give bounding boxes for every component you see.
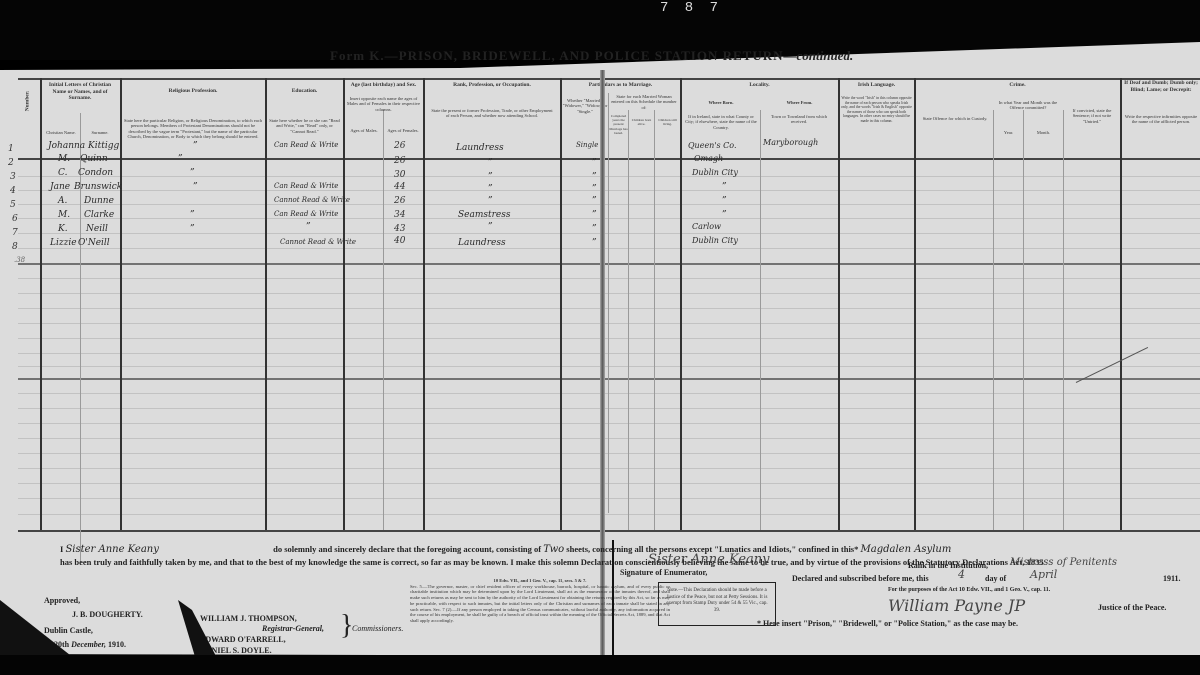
surname: Brunswick	[74, 182, 122, 192]
where-born: Queen's Co.	[688, 141, 737, 150]
surname: Kittigg	[88, 141, 119, 151]
header-locality: Locality.	[682, 82, 837, 89]
surname: O'Neill	[78, 238, 110, 248]
table-top-border	[18, 78, 1200, 80]
religion: ”	[190, 168, 195, 178]
christian-name: C.	[58, 168, 67, 178]
occupation: Laundress	[456, 143, 504, 153]
header-religion: Religious Profession.	[122, 88, 264, 95]
header-marriage: Particulars as to Marriage.	[562, 82, 679, 89]
education: ”	[306, 222, 311, 232]
row-number: 4	[10, 186, 16, 196]
binding-line	[612, 540, 614, 660]
where-born: ”	[722, 182, 727, 192]
marriage-status: ”	[592, 184, 597, 194]
religion: ”	[193, 141, 198, 151]
form-title-suffix: —continued.	[783, 48, 853, 63]
header-where-from: Where From.	[761, 100, 838, 105]
column-border	[760, 110, 761, 530]
where-born: ”	[722, 210, 727, 220]
where-born: ”	[722, 196, 727, 206]
form-title: Form K.—PRISON, BRIDEWELL, AND POLICE ST…	[330, 48, 853, 64]
approved-label: Approved,	[44, 596, 80, 605]
row-number: 2	[8, 158, 14, 168]
enumerator-signature: Sister Anne Keany	[648, 552, 769, 567]
column-border	[628, 110, 629, 530]
table-bottom-border	[18, 530, 1200, 532]
column-border	[40, 78, 42, 530]
rank-value: Mistress of Penitents	[1010, 557, 1117, 568]
where-from: Maryborough	[763, 138, 818, 147]
surname: Quinn	[80, 154, 108, 164]
form-title-main: Form K.—PRISON, BRIDEWELL, AND POLICE ST…	[330, 48, 783, 63]
approver-name: J. B. DOUGHERTY.	[72, 610, 143, 619]
header-when-committed: In what Year and Month was the Offence c…	[994, 100, 1062, 111]
registrar-general-label: Registrar-General,	[262, 624, 324, 633]
education: Can Read & Write	[274, 141, 338, 149]
header-children-living: Children still living.	[655, 118, 680, 126]
marriage-status: ”	[592, 210, 597, 220]
surname: Clarke	[84, 210, 114, 220]
header-age: Age (last birthday) and Sex.	[345, 82, 422, 89]
column-border	[1023, 110, 1024, 530]
statute-excerpt: 10 Edw. VII., and 1 Geo. V., cap. 11, se…	[410, 578, 670, 624]
column-border	[993, 110, 994, 530]
occupation: ”	[488, 222, 493, 232]
header-year: Year.	[994, 130, 1023, 135]
column-border	[120, 78, 122, 530]
header-education-note: State here whether he or she can "Read a…	[269, 118, 340, 134]
day-of-label: day of	[985, 574, 1006, 583]
header-where-from-note: Town or Townland from which received.	[764, 114, 834, 125]
where-born: Carlow	[692, 222, 721, 231]
header-occupation-note: State the present or former Profession, …	[430, 108, 554, 119]
rank-label: Rank in the Institution,	[908, 561, 988, 570]
enumerator-name: Sister Anne Keany	[65, 544, 158, 555]
header-infirmity-note: Write the respective infirmities opposit…	[1124, 114, 1198, 125]
age-female: 43	[394, 224, 405, 234]
column-border	[265, 78, 267, 530]
purposes-note: For the purposes of the Act 10 Edw. VII.…	[888, 587, 1050, 593]
column-border	[383, 110, 384, 530]
header-christian-name: Christian Name.	[42, 130, 80, 135]
occupation: Seamstress	[458, 210, 511, 220]
header-marriage-completed: Completed years the present Marriage has…	[609, 114, 628, 135]
row-number: 7	[12, 228, 18, 238]
surname: Neill	[86, 224, 108, 234]
column-border	[560, 78, 562, 530]
row-number: 5	[10, 200, 16, 210]
signature-label: Signature of Enumerator,	[620, 568, 707, 577]
header-where-born-note: If in Ireland, state in what County or C…	[684, 114, 758, 130]
declared-label: Declared and subscribed before me, this	[792, 574, 929, 583]
column-border	[654, 110, 655, 530]
religion: ”	[190, 210, 195, 220]
row-number: 8	[12, 242, 18, 252]
column-border	[80, 113, 81, 565]
column-border	[914, 78, 916, 530]
marriage-status: ”	[592, 172, 597, 182]
institution-name: Magdalen Asylum	[861, 544, 952, 555]
row-number: 1	[8, 144, 14, 154]
surname: Condon	[78, 168, 113, 178]
approval-place: Dublin Castle,	[44, 626, 93, 635]
education: Cannot Read & Write	[274, 196, 350, 204]
education: Can Read & Write	[274, 182, 338, 190]
commissioners-label: Commissioners.	[352, 624, 403, 633]
age-female: 30	[394, 170, 405, 180]
occupation: Laundress	[458, 238, 506, 248]
surname: Dunne	[84, 196, 114, 206]
occupation: ”	[488, 184, 493, 194]
christian-name: A.	[58, 196, 67, 206]
age-female: 26	[394, 141, 405, 151]
marriage-status: Single	[576, 141, 598, 149]
christian-name: Lizzie	[50, 238, 77, 248]
approval-date: 20th December, 1910.	[54, 640, 126, 649]
header-irish-note: Write the word "Irish" in this column op…	[841, 96, 912, 123]
header-education: Education.	[267, 88, 342, 95]
age-female: 26	[394, 196, 405, 206]
header-crime: Crime.	[916, 82, 1119, 89]
occupation: ”	[488, 196, 493, 206]
header-children-born: Children born alive.	[629, 118, 654, 126]
age-female: 26	[394, 156, 405, 166]
where-born: Dublin City	[692, 168, 738, 177]
header-age-males: Ages of Males.	[345, 128, 383, 133]
where-born: Dublin City	[692, 236, 738, 245]
sheet-count: Two	[543, 544, 564, 555]
header-religion-note: State here the particular Religion, or R…	[124, 118, 262, 140]
header-if-convicted: If convicted, state the Sentence; if not…	[1064, 108, 1120, 124]
education: Can Read & Write	[274, 210, 338, 218]
christian-name: Johanna	[48, 141, 85, 151]
margin-note: .38	[14, 256, 25, 264]
christian-name: M.	[58, 154, 70, 164]
footnote: * Here insert "Prison," "Bridewell," or …	[757, 619, 1018, 628]
header-month: Month.	[1024, 130, 1063, 135]
header-surname: Surname.	[81, 130, 119, 135]
religion: ”	[178, 154, 183, 164]
marriage-status: ”	[592, 158, 597, 168]
commissioner-thompson: WILLIAM J. THOMPSON,	[200, 614, 297, 623]
column-border	[343, 78, 345, 530]
column-border	[838, 78, 840, 530]
header-number: Number.	[25, 91, 32, 111]
header-marriage-note: State for each Married Woman entered on …	[610, 94, 678, 110]
header-age-note: Insert opposite each name the ages of Ma…	[347, 96, 420, 112]
religion: ”	[193, 182, 198, 192]
occupation: ”	[488, 172, 493, 182]
row-number: 6	[12, 214, 18, 224]
occupation: ”	[488, 158, 493, 168]
christian-name: Jane	[50, 182, 70, 192]
return-table: Number. Initial Letters of Christian Nam…	[18, 78, 1200, 533]
christian-name: M.	[58, 210, 70, 220]
header-irish: Irish Language.	[840, 82, 913, 89]
header-occupation: Rank, Profession, or Occupation.	[425, 82, 559, 89]
declared-month: April	[1030, 568, 1057, 581]
religion: ”	[190, 224, 195, 234]
age-female: 44	[394, 182, 405, 192]
column-border	[1120, 78, 1122, 530]
jp-label: Justice of the Peace.	[1098, 603, 1166, 612]
marriage-status: ”	[592, 224, 597, 234]
declared-year: 1911.	[1163, 574, 1181, 583]
age-female: 34	[394, 210, 405, 220]
header-initials: Initial Letters of Christian Name or Nam…	[42, 82, 118, 102]
marriage-status: ”	[592, 196, 597, 206]
commissioner-ofarrell: EDWARD O'FARRELL,	[200, 635, 286, 644]
declared-day: 4	[958, 568, 965, 581]
christian-name: K.	[58, 224, 68, 234]
row-number: 3	[10, 172, 16, 182]
header-state-offence: State Offence for which in Custody.	[918, 116, 992, 121]
page-reference: 7 8 7	[660, 0, 722, 16]
where-born: Omagh	[694, 154, 723, 163]
column-border	[680, 78, 682, 530]
header-where-born: Where Born.	[682, 100, 760, 105]
header-age-females: Ages of Females.	[384, 128, 422, 133]
age-female: 40	[394, 236, 405, 246]
column-border	[608, 93, 609, 513]
jp-signature: William Payne JP	[888, 596, 1025, 615]
scanner-bottom-band	[0, 655, 1200, 675]
column-border	[423, 78, 425, 530]
marriage-status: ”	[592, 238, 597, 248]
education: Cannot Read & Write	[280, 238, 356, 246]
header-infirmity: If Deaf and Dumb; Dumb only; Blind; Lame…	[1122, 80, 1200, 93]
column-border	[1063, 110, 1064, 530]
